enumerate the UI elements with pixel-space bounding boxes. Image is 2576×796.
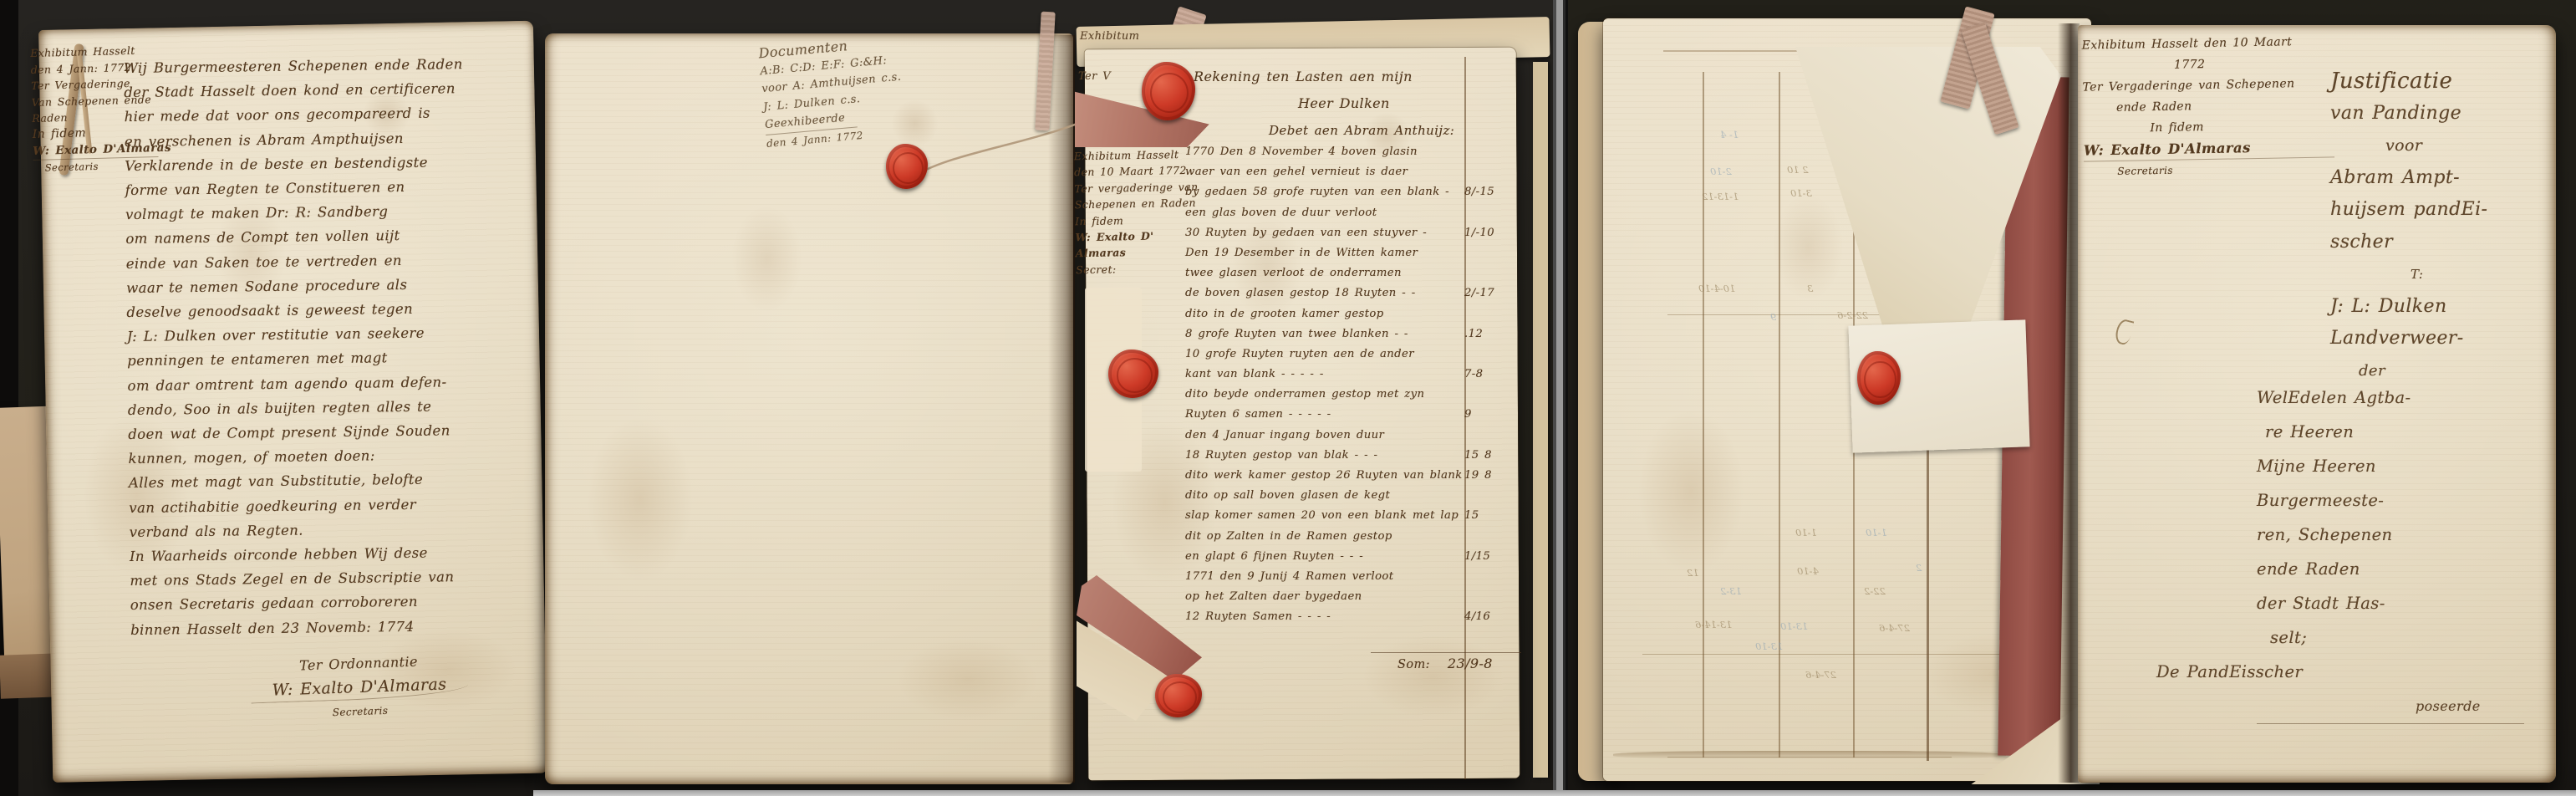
account-entry-row-t: dito beyde onderramen gestop met zyn (1185, 388, 1424, 401)
page1-signature-block: Ter OrdonnantieW: Exalto D'AlmarasSecret… (250, 648, 470, 727)
account-entry-row-t: en glapt 6 fijnen Ruyten - - - (1185, 550, 1363, 563)
account-entry-row-t: een glas boven de duur verloot (1185, 207, 1377, 219)
account-entry-row-a: 15 (1464, 509, 1479, 522)
window-edge-bar (533, 790, 2576, 796)
account-entry-row-a: .12 (1464, 328, 1483, 340)
account-entry-row: dito beyde onderramen gestop met zyn (1185, 388, 1520, 408)
account-entry-row: 30 Ruyten by gedaen van een stuyver -1/-… (1185, 227, 1520, 247)
table-line-v2 (1779, 72, 1780, 758)
table-number-mirrored: 1-10 (1795, 527, 1817, 538)
account-entry-row-t: 8 grofe Ruyten van twee blanken - - (1185, 328, 1408, 340)
account-entry-row-t: 18 Ruyten gestop van blak - - - (1185, 449, 1377, 462)
title-line: Landverweer- (2330, 323, 2564, 355)
table-number-mirrored: 12 (1687, 567, 1699, 579)
table-number-mirrored: 1-13-12 (1702, 191, 1739, 202)
account-entry-row: Ruyten 6 samen - - - - -9 (1185, 408, 1520, 428)
title-line: van Pandinge (2330, 98, 2564, 130)
page5-address-block: WelEdelen Agtba-re HeerenMijne HeerenBur… (2257, 380, 2558, 724)
page5-margin-notes: Exhibitum Hasselt den 10 Maart1772Ter Ve… (2081, 31, 2334, 182)
address-line: selt; (2257, 620, 2558, 655)
account-entry-row: de boven glasen gestop 18 Ruyten - -2/-1… (1185, 287, 1520, 307)
margin-note-line: In fidem (1075, 211, 1196, 229)
margin-note-line: Almaras (1076, 243, 1197, 262)
account-entry-row: kant van blank - - - - -7-8 (1185, 368, 1520, 388)
table-line-h3 (1667, 757, 1952, 758)
table-number-mirrored: 2 10 (1787, 164, 1809, 176)
account-entry-row-a: 1/-10 (1464, 227, 1494, 239)
address-line: ende Raden (2257, 552, 2558, 586)
account-entry-row: een glas boven de duur verloot (1185, 207, 1520, 227)
account-entry-row: waer van een gehel vernieut is daer (1185, 166, 1520, 186)
archival-scan-composite: Exhibitum Hasseltden 4 Jann: 1772.Ter Ve… (0, 0, 2576, 796)
account-entry-row-t: dit op Zalten in de Ramen gestop (1185, 530, 1392, 543)
account-entry-row: 12 Ruyten Samen - - - -4/16 (1185, 610, 1520, 630)
account-entry-row-t: Den 19 Desember in de Witten kamer (1185, 247, 1418, 259)
title-line: huijsem pandEi- (2330, 194, 2564, 227)
margin-note-line: Exhibitum Hasselt (1074, 146, 1195, 165)
account-entry-row-t: 30 Ruyten by gedaen van een stuyver - (1185, 227, 1427, 239)
page5-title-block: Justificatievan PandingevoorAbram Ampt-h… (2330, 65, 2564, 387)
table-line-v1 (1703, 72, 1704, 758)
body-line: binnen Hasselt den 23 Novemb: 1774 (130, 613, 548, 642)
page3-top-fragment-exhibitum: Exhibitum (1080, 30, 1139, 43)
address-line: der Stadt Has- (2257, 586, 2558, 620)
page3-margin-notes: Exhibitum Hasseltden 10 Maart 1772Ter ve… (1074, 146, 1198, 278)
account-entry-row: 8 grofe Ruyten van twee blanken - -.12 (1185, 328, 1520, 348)
page3-total-row: Som: 23/9-8 (1371, 652, 1521, 671)
account-entry-row: dito werk kamer gestop 26 Ruyten van bla… (1185, 469, 1520, 489)
account-entry-row-t: den 4 Januar ingang boven duur (1185, 429, 1384, 441)
showthrough-script-3 (1647, 468, 1906, 475)
account-entry-row-t: op het Zalten daer bygedaen (1185, 590, 1362, 603)
table-number-mirrored: 13-10 (1780, 620, 1808, 632)
page3-heading: Rekening ten Lasten aen mijnHeer DulkenD… (1194, 64, 1469, 144)
heading-line: Heer Dulken (1194, 90, 1469, 117)
table-number-mirrored: 10-4-10 (1698, 283, 1735, 294)
account-entry-row: 18 Ruyten gestop van blak - - -15 8 (1185, 449, 1520, 469)
table-number-mirrored: 13-14-6 (1695, 619, 1732, 630)
heading-line: Debet aen Abram Anthuijz: (1194, 117, 1469, 144)
title-line: J: L: Dulken (2330, 291, 2564, 324)
account-entry-row-t: Ruyten 6 samen - - - - - (1185, 408, 1331, 421)
account-entry-row-t: dito op sall boven glasen de kegt (1185, 489, 1390, 502)
showthrough-script-4 (1663, 492, 1889, 498)
table-sheet-bottom-edge (1613, 751, 2006, 759)
account-entry-row: en glapt 6 fijnen Ruyten - - -1/15 (1185, 550, 1520, 570)
account-entry-row: dito op sall boven glasen de kegt (1185, 489, 1520, 509)
account-entry-row-t: 1771 den 9 Junij 4 Ramen verloot (1185, 570, 1393, 583)
total-value: 23/9-8 (1436, 656, 1493, 671)
account-entry-row: 1770 Den 8 November 4 boven glasin (1185, 145, 1520, 166)
address-line: ren, Schepenen (2257, 518, 2558, 552)
address-line: WelEdelen Agtba- (2257, 380, 2558, 415)
account-entry-row-a: 9 (1464, 408, 1472, 421)
margin-note-line: Secret: (1076, 260, 1197, 278)
page3-account-entries: 1770 Den 8 November 4 boven glasinwaer v… (1185, 145, 1520, 631)
account-entry-row: dito in de grooten kamer gestop (1185, 308, 1520, 328)
account-entry-row-a: 2/-17 (1464, 287, 1494, 299)
table-number-mirrored: 13-2 (1720, 585, 1742, 597)
photo-divider (1553, 0, 1568, 796)
account-entry-row: dit op Zalten in de Ramen gestop (1185, 530, 1520, 550)
table-number-mirrored: 3-10 (1790, 187, 1812, 199)
account-entry-row: den 4 Januar ingang boven duur (1185, 429, 1520, 449)
total-label: Som: (1371, 658, 1430, 671)
address-line: Mijne Heeren (2257, 449, 2558, 483)
address-line: De PandEisscher (2156, 655, 2558, 689)
table-number-mirrored: 9 (1770, 311, 1776, 323)
gutter-shadow-right-spread (2058, 23, 2080, 783)
account-entry-row-t: 12 Ruyten Samen - - - - (1185, 610, 1331, 623)
sheet-stack-right-inner (1533, 62, 1548, 778)
table-number-mirrored: 2 (1916, 562, 1922, 574)
account-entry-row-a: 15 8 (1464, 449, 1492, 462)
account-entry-row-t: 10 grofe Ruyten ruyten aen de ander (1185, 348, 1414, 360)
account-entry-row: 1771 den 9 Junij 4 Ramen verloot (1185, 570, 1520, 590)
account-entry-row-t: twee glasen verloot de onderramen (1185, 267, 1402, 279)
account-entry-row-t: 1770 Den 8 November 4 boven glasin (1185, 145, 1418, 158)
address-line: re Heeren (2257, 415, 2558, 449)
account-entry-row-t: dito werk kamer gestop 26 Ruyten van bla… (1185, 469, 1463, 482)
table-number-mirrored: 27-4-6 (1879, 622, 1910, 634)
account-entry-row-t: kant van blank - - - - - (1185, 368, 1324, 380)
page1-body-text: Wij Burgermeesteren Schepenen ende Raden… (124, 51, 549, 642)
margin-note-line: Schepenen en Raden (1075, 195, 1196, 213)
showthrough-script-5 (1659, 686, 1910, 692)
title-line: Abram Ampt- (2330, 162, 2564, 195)
account-entry-row: twee glasen verloot de onderramen (1185, 267, 1520, 287)
account-entry-row-a: 8/-15 (1464, 186, 1494, 198)
address-line: Burgermeeste- (2257, 483, 2558, 518)
title-line: Justificatie (2330, 65, 2564, 98)
account-entry-row-t: de boven glasen gestop 18 Ruyten - - (1185, 287, 1416, 299)
account-entry-row: Den 19 Desember in de Witten kamer (1185, 247, 1520, 267)
account-entry-row: by gedaen 58 grofe ruyten van een blank … (1185, 186, 1520, 206)
title-line: voor (2330, 130, 2564, 162)
account-entry-row-t: waer van een gehel vernieut is daer (1185, 166, 1408, 178)
table-number-mirrored: 1- 4 (1720, 129, 1739, 140)
account-entry-row-t: slap komer samen 20 von een blank met la… (1185, 509, 1459, 522)
account-entry-row-a: 7-8 (1464, 368, 1483, 380)
account-entry-row-a: 1/15 (1464, 550, 1490, 563)
margin-note-line: Ter vergaderinge van (1074, 179, 1195, 197)
account-entry-row-a: 4/16 (1464, 610, 1490, 623)
margin-note-line: Secretaris (2084, 157, 2334, 182)
account-entry-row-a: 19 8 (1464, 469, 1492, 482)
table-number-mirrored: 2-10 (1710, 166, 1732, 177)
table-number-mirrored: 22-2-6 (1837, 309, 1868, 321)
blind-embossed-seal (47, 635, 167, 752)
margin-note-line: den 10 Maart 1772 (1074, 162, 1195, 181)
account-entry-row-t: dito in de grooten kamer gestop (1185, 308, 1384, 320)
account-entry-row: op het Zalten daer bygedaen (1185, 590, 1520, 610)
table-number-mirrored: 3 (1807, 283, 1813, 294)
title-line: sscher (2330, 227, 2564, 259)
address-line: poseerde (2257, 689, 2524, 724)
title-line: T: (2330, 258, 2564, 291)
table-number-mirrored: 22-2 (1864, 585, 1886, 597)
table-number-mirrored: 1-10 (1866, 527, 1887, 538)
account-entry-row-t: by gedaen 58 grofe ruyten van een blank … (1185, 186, 1449, 198)
table-number-mirrored: 4-10 (1797, 565, 1819, 577)
margin-note-line: W: Exalto D' (1075, 227, 1196, 246)
table-number-mirrored: 13-10 (1755, 640, 1783, 652)
table-line-h2 (1642, 654, 2027, 655)
table-number-mirrored: 27-4-6 (1805, 669, 1836, 681)
account-entry-row: slap komer samen 20 von een blank met la… (1185, 509, 1520, 529)
heading-line: Rekening ten Lasten aen mijn (1194, 64, 1469, 90)
account-entry-row: 10 grofe Ruyten ruyten aen de ander (1185, 348, 1520, 368)
